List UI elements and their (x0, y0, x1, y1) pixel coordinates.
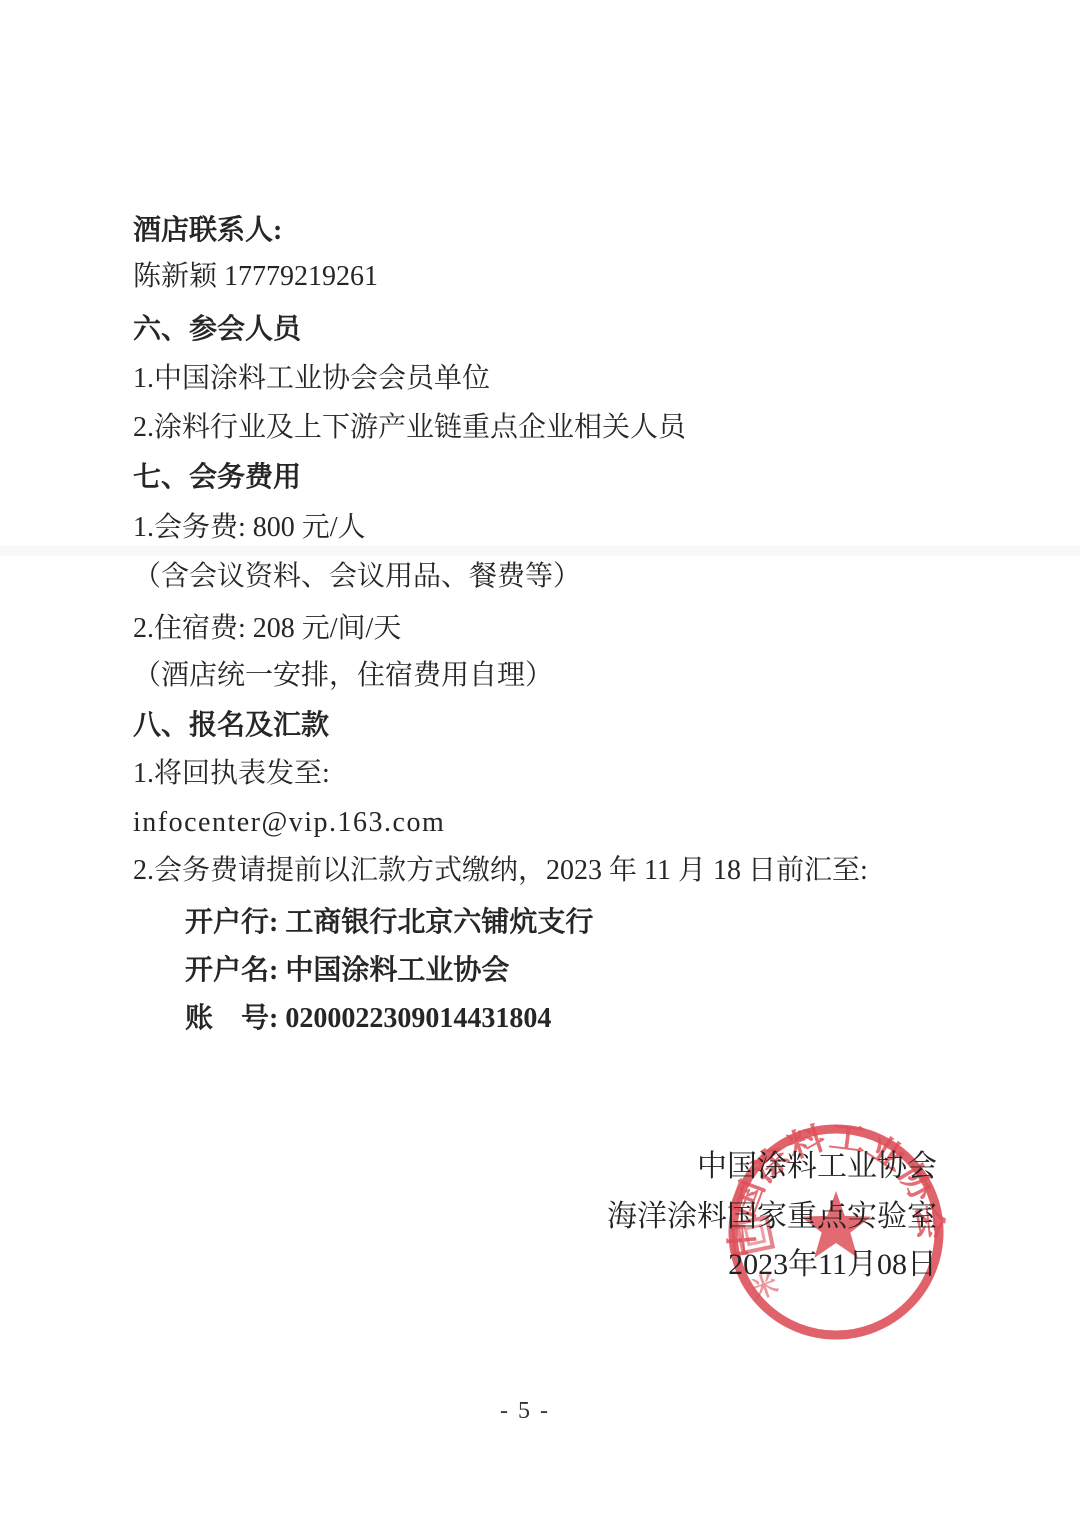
registration-item-1: 1.将回执表发至: (133, 758, 330, 790)
fees-item-1: 1.会务费: 800 元/人 (133, 512, 366, 544)
registration-item-2: 2.会务费请提前以汇款方式缴纳，2023 年 11 月 18 日前汇至: (133, 855, 868, 887)
signature-org: 中国涂料工业协会 (697, 1152, 937, 1182)
document-page: 酒店联系人: 陈新颖 17779219261 六、参会人员 1.中国涂料工业协会… (0, 0, 1080, 1527)
signature-date: 2023年11月08日 (728, 1250, 937, 1280)
fees-item-2-note: （酒店统一安排，住宿费用自理） (133, 660, 553, 692)
bank-name-line: 开户行: 工商银行北京六铺炕支行 (185, 907, 593, 939)
section-heading-participants: 六、参会人员 (133, 314, 301, 346)
page-number: - 5 - (0, 1398, 1050, 1425)
scan-artifact-line (0, 546, 1080, 556)
account-number-line: 账 号: 0200022309014431804 (185, 1003, 551, 1035)
signature-lab: 海洋涂料国家重点实验室 (607, 1202, 937, 1232)
participants-item-1: 1.中国涂料工业协会会员单位 (133, 363, 490, 395)
account-name-line: 开户名: 中国涂料工业协会 (185, 955, 509, 987)
section-heading-fees: 七、会务费用 (133, 462, 301, 494)
participants-item-2: 2.涂料行业及上下游产业链重点企业相关人员 (133, 412, 686, 444)
hotel-contact-heading: 酒店联系人: (133, 215, 282, 247)
section-heading-registration: 八、报名及汇款 (133, 710, 329, 742)
hotel-contact-person: 陈新颖 17779219261 (133, 261, 378, 293)
fees-item-1-note: （含会议资料、会议用品、餐费等） (133, 561, 581, 593)
registration-email: infocenter@vip.163.com (133, 807, 445, 839)
fees-item-2: 2.住宿费: 208 元/间/天 (133, 613, 401, 645)
